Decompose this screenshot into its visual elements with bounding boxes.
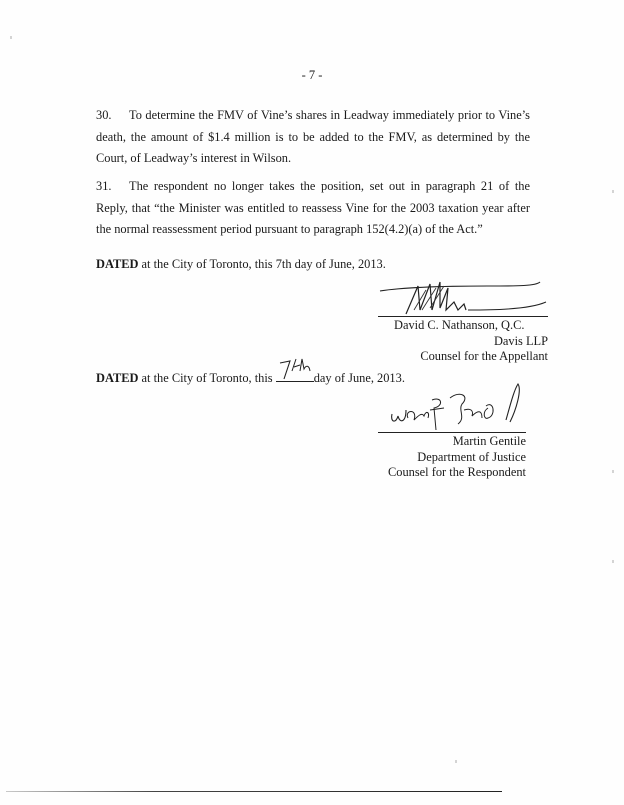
signature-block-appellant: David C. Nathanson, Q.C. Davis LLP Couns… — [378, 280, 548, 365]
scan-speck — [612, 470, 614, 473]
handwritten-signature-icon — [378, 380, 526, 432]
dated-text: at the City of Toronto, this 7th day of … — [138, 257, 385, 271]
handwritten-signature-icon — [378, 280, 548, 316]
page-number: - 7 - — [0, 68, 624, 83]
scan-speck — [455, 760, 457, 763]
paragraph-text: To determine the FMV of Vine’s shares in… — [96, 108, 530, 165]
signer-role: Counsel for the Respondent — [378, 465, 526, 481]
signature-block-respondent: Martin Gentile Department of Justice Cou… — [378, 380, 526, 481]
signer-firm: Davis LLP — [378, 334, 548, 350]
handwritten-day-icon — [276, 357, 314, 381]
paragraph-31: 31.The respondent no longer takes the po… — [96, 176, 530, 241]
scan-speck — [612, 560, 614, 563]
footer-rule — [6, 791, 502, 792]
paragraph-text: The respondent no longer takes the posit… — [96, 179, 530, 236]
paragraph-number: 30. — [96, 105, 119, 127]
signer-name: David C. Nathanson, Q.C. — [378, 318, 548, 334]
signature-line — [378, 432, 526, 433]
document-page: - 7 - 30.To determine the FMV of Vine’s … — [0, 0, 624, 805]
scan-speck — [612, 190, 614, 193]
dated-line-respondent: DATED at the City of Toronto, this 7thda… — [96, 369, 405, 386]
paragraph-number: 31. — [96, 176, 119, 198]
scan-speck — [10, 36, 12, 39]
dated-line-appellant: DATED at the City of Toronto, this 7th d… — [96, 257, 386, 272]
handwritten-day-blank: 7th — [276, 369, 314, 382]
signer-firm: Department of Justice — [378, 450, 526, 466]
signer-role: Counsel for the Appellant — [378, 349, 548, 365]
paragraph-30: 30.To determine the FMV of Vine’s shares… — [96, 105, 530, 170]
dated-text-prefix: at the City of Toronto, this — [138, 371, 275, 385]
dated-keyword: DATED — [96, 257, 138, 271]
signature-line — [378, 316, 548, 317]
dated-keyword: DATED — [96, 371, 138, 385]
signer-name: Martin Gentile — [378, 434, 526, 450]
